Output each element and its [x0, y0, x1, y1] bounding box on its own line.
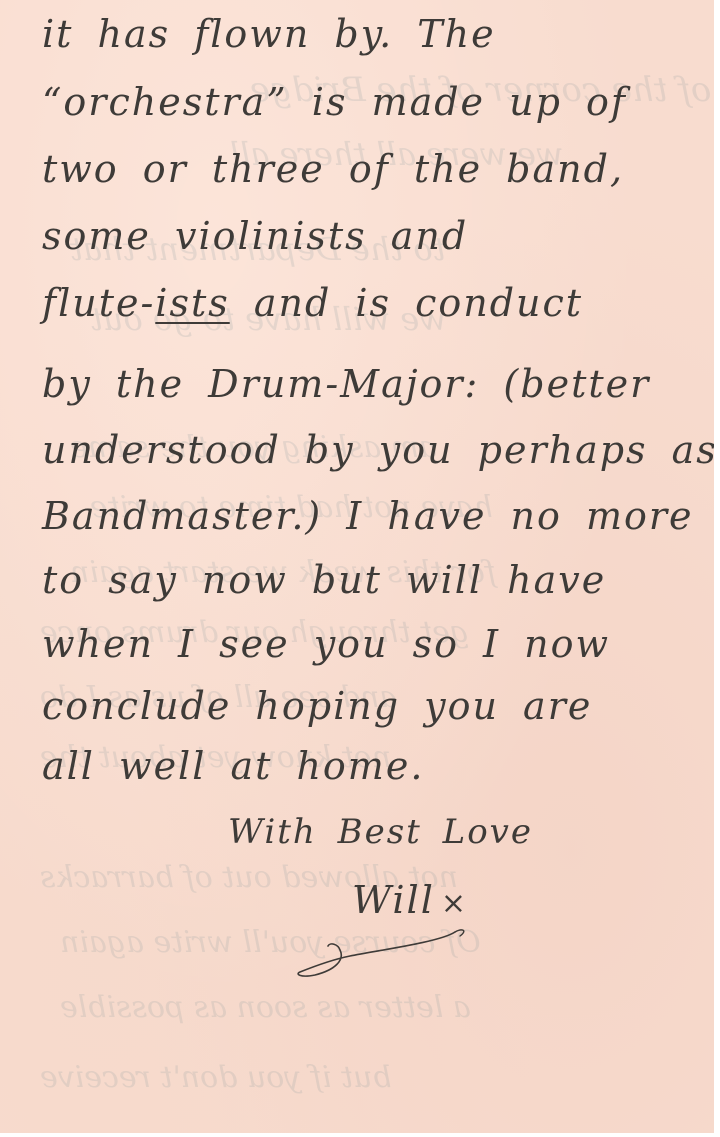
- letter-line-9: to say now but will have: [42, 558, 606, 602]
- signature-name: Will: [352, 878, 435, 922]
- kiss-mark: ×: [441, 886, 468, 921]
- letter-line-12: all well at home.: [42, 744, 424, 788]
- underlined-word: ists: [155, 281, 229, 325]
- letter-line-2: “orchestra” is made up of: [42, 80, 627, 124]
- letter-line-5: flute-ists and is conduct: [42, 281, 583, 325]
- bleed-through-text: a letter as soon as possible: [60, 990, 471, 1025]
- bleed-through-text: but if you don't receive: [40, 1060, 392, 1095]
- letter-line-3: two or three of the band,: [42, 147, 624, 191]
- letter-line-7: understood by you perhaps as: [42, 428, 714, 472]
- signature-flourish-icon: [290, 920, 490, 980]
- letter-line-4: some violinists and: [42, 214, 468, 258]
- letter-line-5-part-3: and is conduct: [230, 281, 583, 325]
- letter-line-1: it has flown by. The: [42, 12, 496, 56]
- letter-signature: Will×: [352, 878, 468, 922]
- letter-line-11: conclude hoping you are: [42, 684, 592, 728]
- letter-line-10: when I see you so I now: [42, 622, 610, 666]
- letter-line-5-part-1: flute-: [42, 281, 155, 325]
- letter-line-8: Bandmaster.) I have no more: [42, 494, 694, 538]
- letter-line-6: by the Drum-Major: (better: [42, 362, 650, 406]
- letter-page: of the corner of the Bridge we were all …: [0, 0, 714, 1133]
- letter-closing: With Best Love: [228, 812, 533, 852]
